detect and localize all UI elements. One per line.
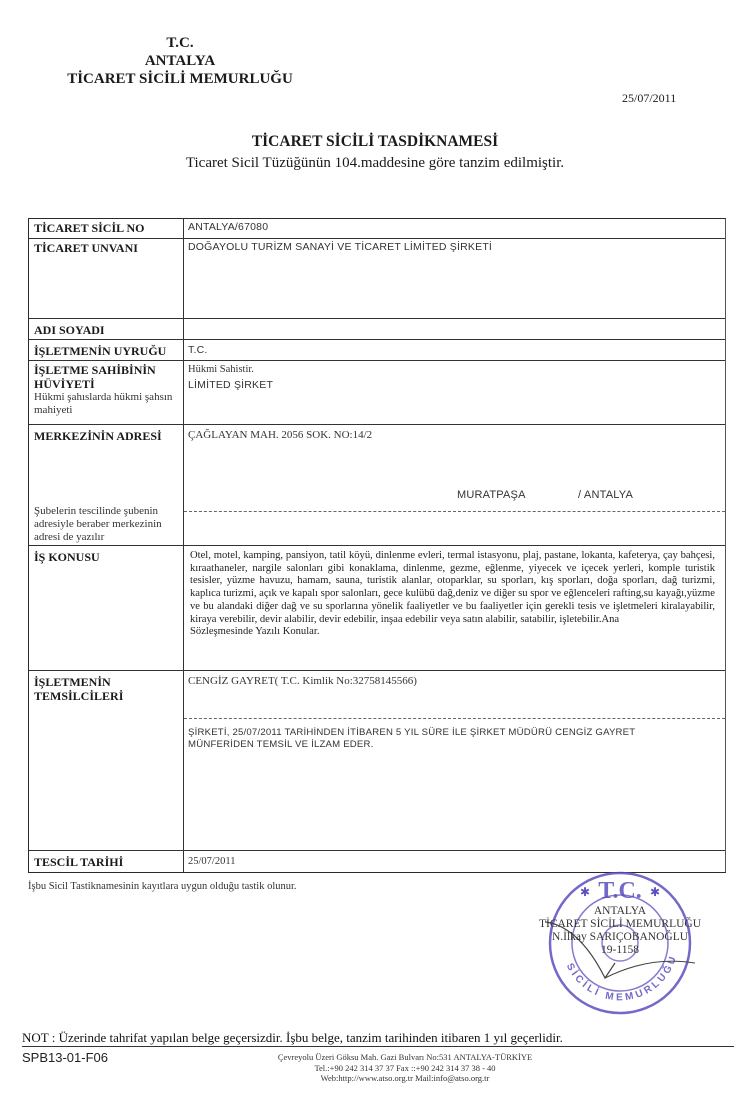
label-temsilciler-line1: İŞLETMENİN — [34, 675, 179, 689]
representative-divider — [184, 718, 725, 719]
row-sicil-no: TİCARET SİCİL NO ANTALYA/67080 — [29, 219, 725, 239]
seal-line3: N.İlkay SARIÇOBANOĞLU — [505, 931, 735, 944]
footer-divider — [22, 1046, 734, 1047]
representation-authority: ŞİRKETİ, 25/07/2011 TARİHİNDEN İTİBAREN … — [188, 727, 635, 751]
row-adi-soyadi: ADI SOYADI — [29, 319, 725, 340]
svg-text:✱: ✱ — [580, 885, 590, 899]
label-huviyet-sub: Hükmi şahıslarda hükmi şahsın mahiyeti — [34, 391, 179, 417]
address-line: ÇAĞLAYAN MAH. 2056 SOK. NO:14/2 — [188, 429, 721, 442]
validity-note: NOT : Üzerinde tahrifat yapılan belge ge… — [22, 1030, 563, 1046]
row-adres: MERKEZİNİN ADRESİ Şubelerin tescilinde ş… — [29, 425, 725, 546]
registry-table: TİCARET SİCİL NO ANTALYA/67080 TİCARET U… — [28, 218, 726, 873]
document-subtitle: Ticaret Sicil Tüzüğünün 104.maddesine gö… — [0, 155, 750, 172]
seal-line1: ANTALYA — [505, 905, 735, 918]
label-tescil-tarihi: TESCİL TARİHİ — [29, 851, 184, 872]
seal-line4: 19-1158 — [505, 944, 735, 957]
issuer-line: TİCARET SİCİLİ MEMURLUĞU — [60, 70, 300, 88]
label-adres-main: MERKEZİNİN ADRESİ — [34, 429, 179, 443]
authority-line2: MÜNFERİDEN TEMSİL VE İLZAM EDER. — [188, 739, 635, 751]
value-temsilciler: CENGİZ GAYRET( T.C. Kimlik No:3275814556… — [184, 671, 725, 850]
row-uyruk: İŞLETMENİN UYRUĞU T.C. — [29, 340, 725, 361]
row-unvan: TİCARET UNVANI DOĞAYOLU TURİZM SANAYİ VE… — [29, 239, 725, 319]
value-sicil-no: ANTALYA/67080 — [184, 219, 725, 238]
address-city: / ANTALYA — [578, 489, 633, 502]
business-scope-text: Otel, motel, kamping, pansiyon, tatil kö… — [190, 550, 715, 625]
svg-text:✱: ✱ — [650, 885, 660, 899]
web-mail: Web:http://www.atso.org.tr Mail:info@ats… — [230, 1073, 580, 1084]
value-adres: ÇAĞLAYAN MAH. 2056 SOK. NO:14/2 MURATPAŞ… — [184, 425, 725, 545]
value-unvan: DOĞAYOLU TURİZM SANAYİ VE TİCARET LİMİTE… — [184, 239, 725, 318]
issuer-line: T.C. — [60, 34, 300, 52]
address-divider — [184, 511, 725, 512]
label-adres-sub: Şubelerin tescilinde şubenin adresiyle b… — [34, 505, 179, 544]
representative-name: CENGİZ GAYRET( T.C. Kimlik No:3275814556… — [188, 675, 721, 688]
label-sicil-no: TİCARET SİCİL NO — [29, 219, 184, 238]
issuer-line: ANTALYA — [60, 52, 300, 70]
row-is-konusu: İŞ KONUSU Otel, motel, kamping, pansiyon… — [29, 546, 725, 671]
label-adi-soyadi: ADI SOYADI — [29, 319, 184, 339]
certification-note: İşbu Sicil Tastiknamesinin kayıtlara uyg… — [28, 881, 297, 892]
address-district: MURATPAŞA — [457, 489, 526, 502]
value-huviyet-line2: LİMİTED ŞİRKET — [188, 379, 721, 392]
form-code: SPB13-01-F06 — [22, 1050, 108, 1065]
document-title: TİCARET SİCİLİ TASDİKNAMESİ — [0, 133, 750, 151]
address-text: Çevreyolu Üzeri Göksu Mah. Gazi Bulvarı … — [230, 1052, 580, 1063]
label-huviyet: İŞLETME SAHİBİNİN HÜVİYETİ Hükmi şahısla… — [29, 361, 184, 424]
label-adres: MERKEZİNİN ADRESİ Şubelerin tescilinde ş… — [29, 425, 184, 545]
svg-text:T.C.: T.C. — [598, 878, 642, 904]
business-scope-last: Sözleşmesinde Yazılı Konular. — [190, 626, 715, 639]
label-uyruk: İŞLETMENİN UYRUĞU — [29, 340, 184, 360]
chamber-address: Çevreyolu Üzeri Göksu Mah. Gazi Bulvarı … — [230, 1052, 580, 1084]
seal-line2: TİCARET SİCİLİ MEMURLUĞU — [505, 918, 735, 931]
label-huviyet-line2: HÜVİYETİ — [34, 377, 179, 391]
label-temsilciler-line2: TEMSİLCİLERİ — [34, 689, 179, 703]
value-huviyet: Hükmi Sahistir. LİMİTED ŞİRKET — [184, 361, 725, 424]
label-temsilciler: İŞLETMENİN TEMSİLCİLERİ — [29, 671, 184, 850]
row-huviyet: İŞLETME SAHİBİNİN HÜVİYETİ Hükmi şahısla… — [29, 361, 725, 425]
issuer-header: T.C. ANTALYA TİCARET SİCİLİ MEMURLUĞU — [60, 34, 300, 88]
label-unvan: TİCARET UNVANI — [29, 239, 184, 318]
issue-date: 25/07/2011 — [622, 91, 676, 106]
label-is-konusu: İŞ KONUSU — [29, 546, 184, 670]
label-huviyet-line1: İŞLETME SAHİBİNİN — [34, 363, 179, 377]
value-uyruk: T.C. — [184, 340, 725, 360]
seal-text: ANTALYA TİCARET SİCİLİ MEMURLUĞU N.İlkay… — [505, 905, 735, 957]
phone-fax: Tel.:+90 242 314 37 37 Fax ::+90 242 314… — [230, 1063, 580, 1074]
value-huviyet-line1: Hükmi Sahistir. — [188, 363, 721, 376]
value-adi-soyadi — [184, 319, 725, 339]
authority-line1: ŞİRKETİ, 25/07/2011 TARİHİNDEN İTİBAREN … — [188, 727, 635, 739]
row-temsilciler: İŞLETMENİN TEMSİLCİLERİ CENGİZ GAYRET( T… — [29, 671, 725, 851]
value-is-konusu: Otel, motel, kamping, pansiyon, tatil kö… — [184, 546, 725, 670]
